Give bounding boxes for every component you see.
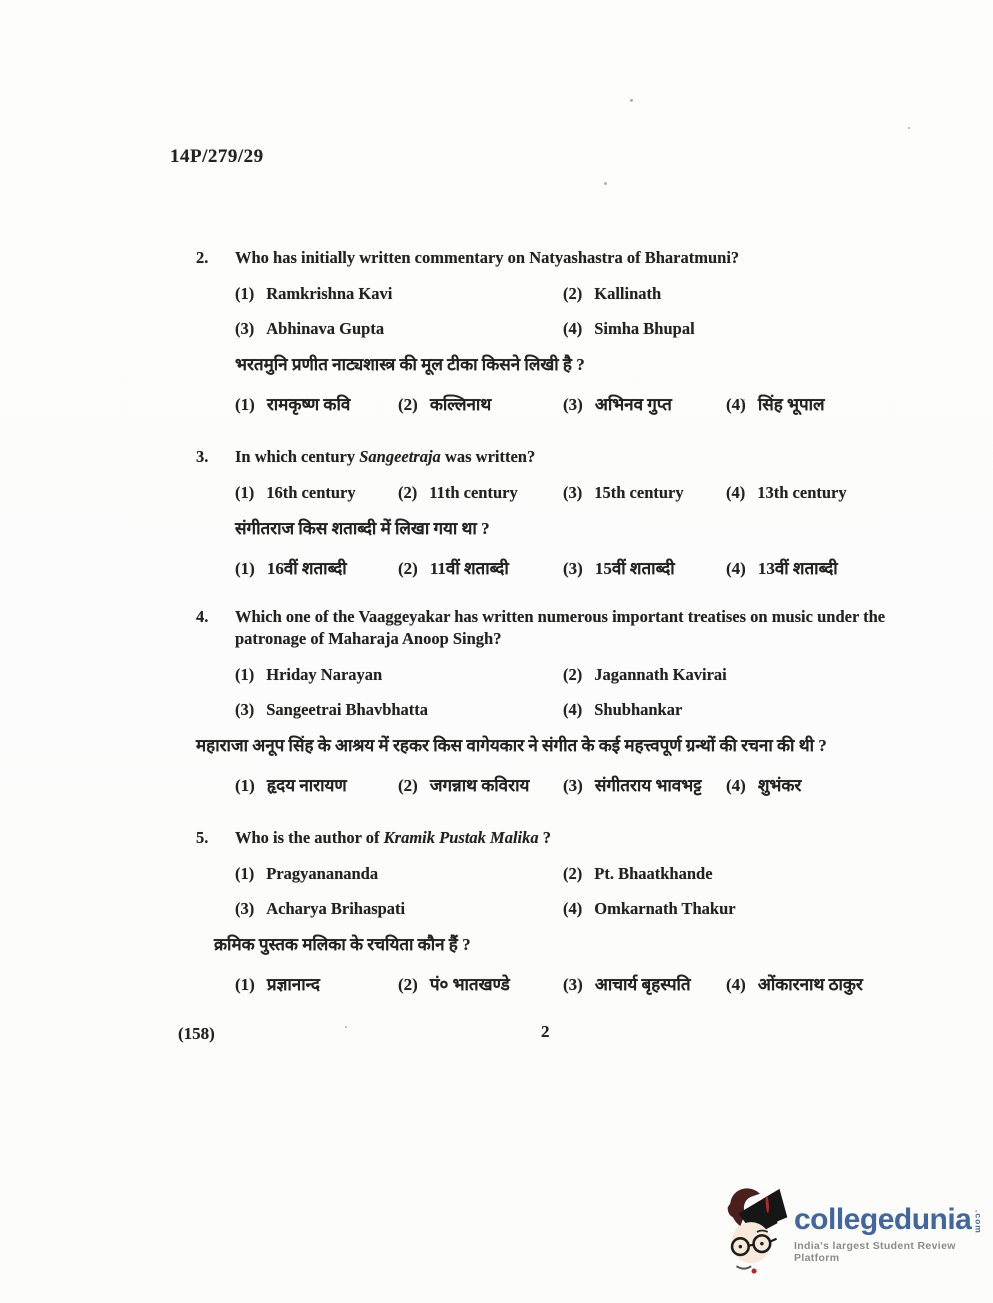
option-label: (4) [563,318,582,340]
scan-speck [630,99,633,102]
option-text: 11वीं शताब्दी [430,556,509,582]
option-text: पं० भातखण्डे [430,972,510,998]
option-label: (1) [235,863,254,885]
collegedunia-tagline: India's largest Student Review Platform [794,1240,993,1264]
option-label: (2) [398,482,417,504]
option-text: Acharya Brihaspati [266,898,405,920]
option-label: (3) [235,318,254,340]
q4-option-en-1: (1)Hriday Narayan [235,664,563,686]
option-text: Kallinath [594,283,661,305]
question-title-hi: क्रमिक पुस्तक मलिका के रचयिता कौन हैं ? [214,932,940,958]
q5-option-hi-1: (1)प्रज्ञानान्द [235,972,398,998]
option-text: Simha Bhupal [594,318,694,340]
q5-option-hi-4: (4)ओंकारनाथ ठाकुर [726,972,940,998]
option-label: (2) [398,773,418,799]
page-number: 2 [541,1022,550,1042]
option-text: 11th century [429,482,517,504]
option-label: (3) [235,699,254,721]
q3-option-en-1: (1)16th century [235,482,398,504]
question-title-text: Which one of the Vaaggeyakar has written… [235,607,885,648]
question-number: 5. [196,827,235,849]
option-label: (3) [563,773,583,799]
question-title-hi: महाराजा अनूप सिंह के आश्रय में रहकर किस … [196,733,940,759]
option-label: (3) [563,556,583,582]
question-title-hi: संगीतराज किस शताब्दी में लिखा गया था ? [235,516,940,542]
option-label: (1) [235,283,254,305]
question-number: 2. [196,247,235,269]
option-label: (1) [235,556,255,582]
question-3: 3. In which century Sangeetraja was writ… [196,446,940,582]
q2-option-en-3: (3)Abhinava Gupta [235,318,563,340]
collegedunia-brand-suffix: .com [973,1210,983,1234]
option-text: ओंकारनाथ ठाकुर [758,972,863,998]
q5-option-hi-2: (2)पं० भातखण्डे [398,972,563,998]
option-label: (4) [726,392,746,418]
question-number: 3. [196,446,235,468]
option-text: शुभंकर [758,773,802,799]
question-title-italic: Kramik Pustak Malika [384,828,539,847]
collegedunia-watermark: collegedunia .com India's largest Studen… [724,1184,993,1274]
q3-option-en-2: (2)11th century [398,482,563,504]
option-label: (2) [398,392,418,418]
option-text: Ramkrishna Kavi [266,283,392,305]
question-2: 2. Who has initially written commentary … [196,247,940,418]
option-text: 13वीं शताब्दी [758,556,838,582]
q5-option-en-2: (2)Pt. Bhaatkhande [563,863,940,885]
booklet-code: (158) [178,1024,215,1044]
option-label: (3) [235,898,254,920]
option-text: सिंह भूपाल [758,392,825,418]
option-text: अभिनव गुप्त [595,392,672,418]
option-label: (1) [235,392,255,418]
option-text: रामकृष्ण कवि [267,392,351,418]
q4-option-hi-3: (3)संगीतराय भावभट्ट [563,773,726,799]
option-text: Jagannath Kavirai [594,664,726,686]
option-text: Sangeetrai Bhavbhatta [266,699,428,721]
scan-speck [908,127,910,129]
option-text: 15वीं शताब्दी [595,556,675,582]
q2-option-en-2: (2)Kallinath [563,283,940,305]
option-label: (2) [563,283,582,305]
q5-option-en-1: (1)Pragyanananda [235,863,563,885]
option-label: (1) [235,664,254,686]
question-title-en: In which century Sangeetraja was written… [235,446,927,468]
option-label: (4) [563,699,582,721]
option-text: Hriday Narayan [266,664,382,686]
option-text: 13th century [757,482,846,504]
q3-option-hi-3: (3)15वीं शताब्दी [563,556,726,582]
q5-option-en-4: (4)Omkarnath Thakur [563,898,940,920]
option-label: (2) [398,972,418,998]
option-label: (4) [726,972,746,998]
option-label: (2) [563,863,582,885]
q2-option-hi-3: (3)अभिनव गुप्त [563,392,726,418]
q3-option-hi-4: (4)13वीं शताब्दी [726,556,940,582]
option-text: 15th century [594,482,683,504]
question-4: 4. Which one of the Vaaggeyakar has writ… [196,606,940,799]
option-label: (2) [398,556,418,582]
question-title-italic: Sangeetraja [359,447,441,466]
q2-option-hi-1: (1)रामकृष्ण कवि [235,392,398,418]
scan-speck [743,399,745,401]
question-title-en: Who has initially written commentary on … [235,247,927,269]
option-text: Abhinava Gupta [266,318,384,340]
question-number: 4. [196,606,235,650]
option-label: (1) [235,482,254,504]
q3-option-hi-1: (1)16वीं शताब्दी [235,556,398,582]
option-label: (4) [726,556,746,582]
option-text: हृदय नारायण [267,773,347,799]
q2-option-en-4: (4)Simha Bhupal [563,318,940,340]
scan-speck [345,1026,347,1028]
option-text: 16वीं शताब्दी [267,556,347,582]
option-text: प्रज्ञानान्द [267,972,320,998]
q2-option-hi-2: (2)कल्लिनाथ [398,392,563,418]
question-title-en: Which one of the Vaaggeyakar has written… [235,606,927,650]
option-text: 16th century [266,482,355,504]
q4-option-en-4: (4)Shubhankar [563,699,940,721]
option-text: Shubhankar [594,699,682,721]
q2-option-en-1: (1)Ramkrishna Kavi [235,283,563,305]
question-title-text: In which century [235,447,359,466]
option-label: (4) [563,898,582,920]
q4-option-hi-2: (2)जगन्नाथ कविराय [398,773,563,799]
scan-speck [604,182,607,185]
question-title-hi: भरतमुनि प्रणीत नाट्यशास्त्र की मूल टीका … [235,352,940,378]
option-label: (3) [563,972,583,998]
option-text: कल्लिनाथ [430,392,491,418]
scanned-exam-page: 14P/279/29 2. Who has initially written … [0,0,993,1303]
collegedunia-brand-text: collegedunia [794,1204,971,1236]
option-label: (4) [726,773,746,799]
question-title-text: Who is the author of [235,828,384,847]
q4-option-en-2: (2)Jagannath Kavirai [563,664,940,686]
question-title-tail: ? [539,828,551,847]
option-text: आचार्य बृहस्पति [595,972,691,998]
q5-option-hi-3: (3)आचार्य बृहस्पति [563,972,726,998]
paper-code: 14P/279/29 [170,146,264,168]
question-title-tail: was written? [441,447,535,466]
q4-option-en-3: (3)Sangeetrai Bhavbhatta [235,699,563,721]
option-text: संगीतराय भावभट्ट [595,773,702,799]
option-text: Pragyanananda [266,863,378,885]
q2-option-hi-4: (4)सिंह भूपाल [726,392,940,418]
option-text: जगन्नाथ कविराय [430,773,530,799]
q3-option-en-4: (4)13th century [726,482,940,504]
option-label: (1) [235,972,255,998]
q4-option-hi-4: (4)शुभंकर [726,773,940,799]
option-label: (2) [563,664,582,686]
q4-option-hi-1: (1)हृदय नारायण [235,773,398,799]
option-label: (4) [726,482,745,504]
option-text: Omkarnath Thakur [594,898,735,920]
option-label: (3) [563,392,583,418]
option-text: Pt. Bhaatkhande [594,863,712,885]
q5-option-en-3: (3)Acharya Brihaspati [235,898,563,920]
q3-option-en-3: (3)15th century [563,482,726,504]
option-label: (1) [235,773,255,799]
question-5: 5. Who is the author of Kramik Pustak Ma… [196,827,940,998]
option-label: (3) [563,482,582,504]
collegedunia-mascot-icon [724,1184,790,1274]
question-title-text: Who has initially written commentary on … [235,248,739,267]
question-title-en: Who is the author of Kramik Pustak Malik… [235,827,927,849]
q3-option-hi-2: (2)11वीं शताब्दी [398,556,563,582]
